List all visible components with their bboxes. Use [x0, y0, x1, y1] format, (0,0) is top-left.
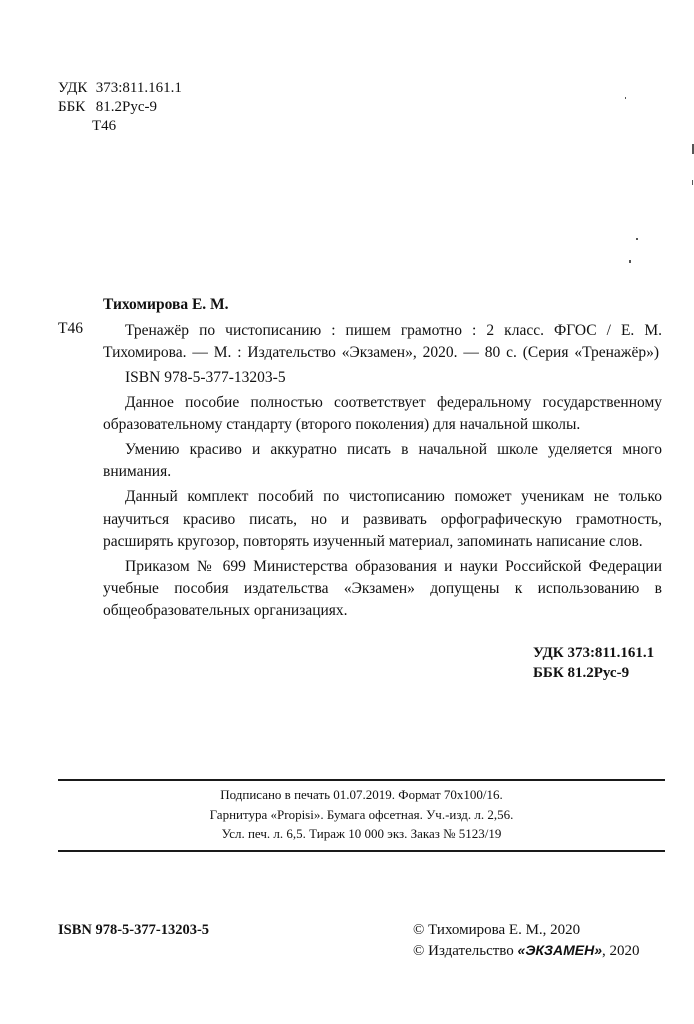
footer-isbn: ISBN 978-5-377-13203-5	[58, 922, 209, 939]
copyright-publisher: © Издательство «ЭКЗАМЕН», 2020	[413, 940, 640, 961]
imprint-line: Усл. печ. л. 6,5. Тираж 10 000 экз. Зака…	[58, 824, 665, 844]
catalog-card-body: Тренажёр по чистописанию : пишем грамотн…	[103, 320, 662, 626]
udk-label: УДК	[58, 79, 92, 98]
imprint-bottom-rule	[58, 850, 665, 852]
annotation-paragraph: Приказом № 699 Министерства образования …	[103, 556, 662, 623]
bbk-line: ББК 81.2Рус-9	[58, 98, 182, 117]
scan-speck	[625, 97, 626, 99]
bbk-label: ББК	[58, 98, 92, 117]
bibliographic-entry: Тренажёр по чистописанию : пишем грамотн…	[103, 320, 662, 364]
copyright-publisher-suffix: , 2020	[602, 943, 640, 959]
annotation-paragraph: Данное пособие полностью соответствует ф…	[103, 392, 662, 436]
udk-value: 373:811.161.1	[96, 80, 182, 96]
copyright-author: © Тихомирова Е. М., 2020	[413, 920, 640, 940]
imprint-block: Подписано в печать 01.07.2019. Формат 70…	[58, 785, 665, 844]
imprint-line: Гарнитура «Propisi». Бумага офсетная. Уч…	[58, 805, 665, 825]
catalog-author-mark: Т46	[58, 320, 83, 338]
publisher-name: «ЭКЗАМЕН»	[518, 942, 602, 958]
annotation-paragraph: Данный комплект пособий по чистописанию …	[103, 486, 662, 553]
bbk-value: 81.2Рус-9	[96, 99, 157, 115]
catalog-bbk: ББК 81.2Рус-9	[533, 663, 654, 683]
catalog-udk: УДК 373:811.161.1	[533, 643, 654, 663]
copyright-publisher-prefix: © Издательство	[413, 943, 518, 959]
catalog-classification: УДК 373:811.161.1 ББК 81.2Рус-9	[533, 643, 654, 683]
catalog-author: Тихомирова Е. М.	[103, 296, 229, 314]
imprint-top-rule	[58, 779, 665, 781]
imprint-line: Подписано в печать 01.07.2019. Формат 70…	[58, 785, 665, 805]
scan-speck	[692, 180, 693, 185]
annotation-paragraph: Умению красиво и аккуратно писать в нача…	[103, 439, 662, 483]
catalog-isbn: ISBN 978-5-377-13203-5	[103, 367, 662, 389]
scan-speck	[629, 260, 631, 263]
copyright-block: © Тихомирова Е. М., 2020 © Издательство …	[413, 920, 640, 961]
author-mark: Т46	[58, 117, 182, 136]
udk-line: УДК 373:811.161.1	[58, 79, 182, 98]
scan-speck	[636, 238, 638, 240]
classification-block-top: УДК 373:811.161.1 ББК 81.2Рус-9 Т46	[58, 79, 182, 136]
